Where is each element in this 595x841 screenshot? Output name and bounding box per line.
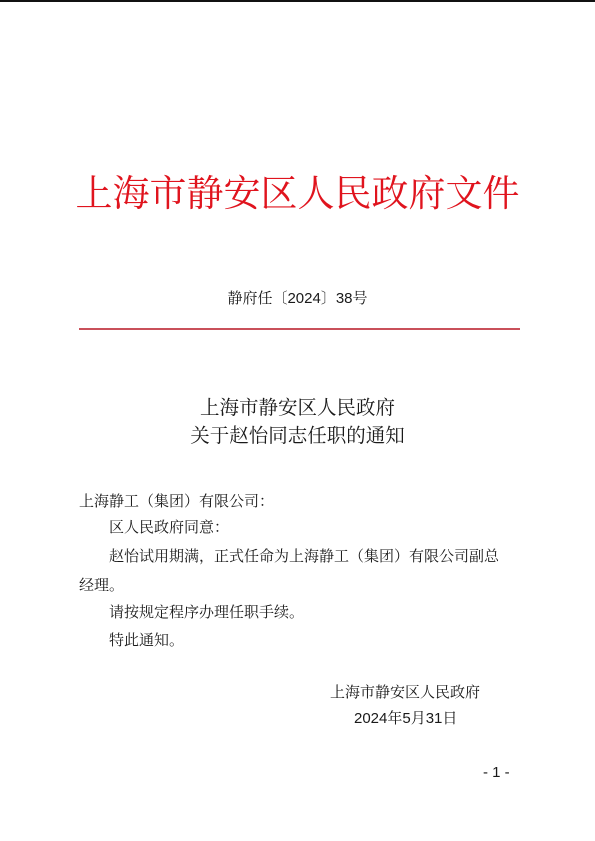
body-paragraph: 特此通知。 [109, 630, 184, 650]
signature-organization: 上海市静安区人民政府 [330, 682, 480, 702]
signature-date: 2024年5月31日 [354, 709, 457, 729]
body-paragraph: 请按规定程序办理任职手续。 [109, 602, 304, 622]
document-number: 静府任〔2024〕38号 [0, 289, 595, 309]
notice-heading-line2: 关于赵怡同志任职的通知 [0, 423, 595, 449]
body-paragraph-continuation: 经理。 [79, 575, 124, 595]
page-top-border [0, 0, 595, 2]
issuer-title: 上海市静安区人民政府文件 [0, 170, 595, 218]
notice-heading-line1: 上海市静安区人民政府 [0, 395, 595, 421]
addressee: 上海静工（集团）有限公司： [79, 491, 274, 511]
body-paragraph: 赵怡试用期满，正式任命为上海静工（集团）有限公司副总 [109, 546, 499, 566]
red-divider-rule [79, 328, 520, 330]
body-paragraph: 区人民政府同意： [109, 517, 229, 537]
page-number: - 1 - [483, 763, 510, 783]
